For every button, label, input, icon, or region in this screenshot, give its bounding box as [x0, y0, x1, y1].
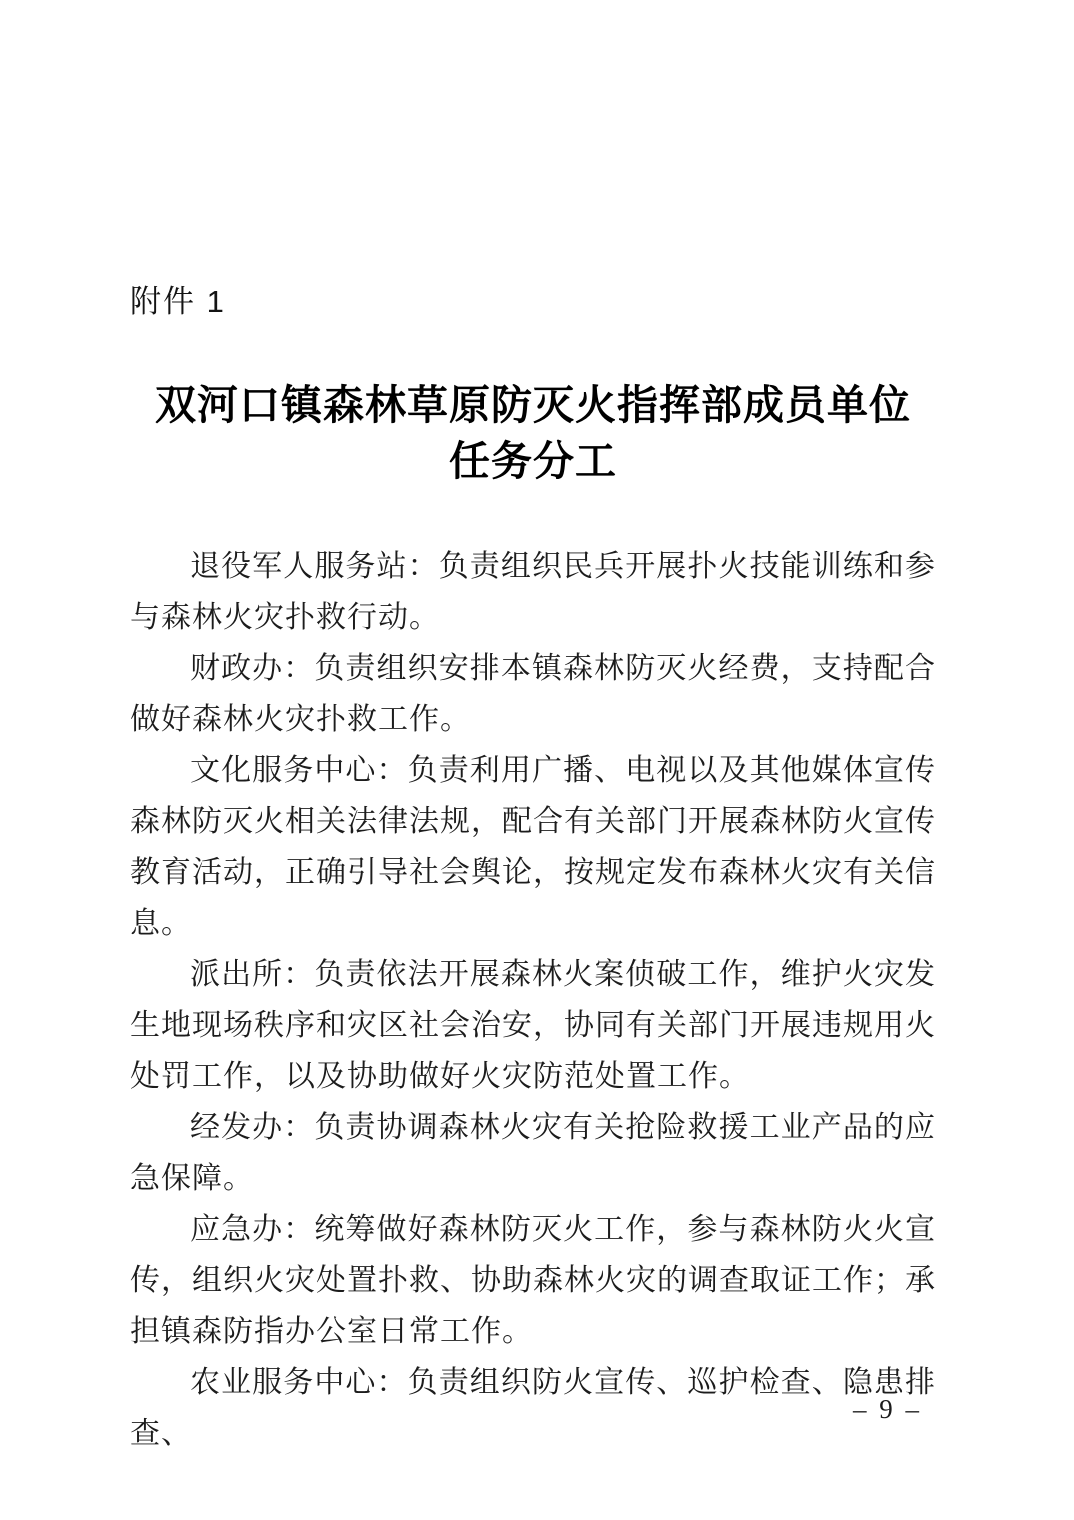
paragraph-economic-development-office: 经发办：负责协调森林火灾有关抢险救援工业产品的应急保障。 — [130, 1102, 936, 1204]
paragraph-finance-office: 财政办：负责组织安排本镇森林防灭火经费，支持配合做好森林火灾扑救工作。 — [130, 643, 936, 745]
page-number: – 9 – — [853, 1394, 922, 1425]
paragraph-culture-service-center: 文化服务中心：负责利用广播、电视以及其他媒体宣传森林防灭火相关法律法规，配合有关… — [130, 745, 936, 949]
paragraph-veterans-service-station: 退役军人服务站：负责组织民兵开展扑火技能训练和参与森林火灾扑救行动。 — [130, 541, 936, 643]
document-title-line-1: 双河口镇森林草原防灭火指挥部成员单位 — [130, 377, 936, 433]
document-page: 附件 1 双河口镇森林草原防灭火指挥部成员单位 任务分工 退役军人服务站：负责组… — [0, 0, 1074, 1520]
attachment-label: 附件 1 — [130, 283, 936, 321]
document-title: 双河口镇森林草原防灭火指挥部成员单位 任务分工 — [130, 377, 936, 489]
paragraph-emergency-office: 应急办：统筹做好森林防灭火工作，参与森林防火火宣传，组织火灾处置扑救、协助森林火… — [130, 1204, 936, 1357]
document-body: 退役军人服务站：负责组织民兵开展扑火技能训练和参与森林火灾扑救行动。 财政办：负… — [130, 541, 936, 1459]
paragraph-agriculture-service-center: 农业服务中心：负责组织防火宣传、巡护检查、隐患排查、 — [130, 1357, 936, 1459]
paragraph-police-station: 派出所：负责依法开展森林火案侦破工作，维护火灾发生地现场秩序和灾区社会治安，协同… — [130, 949, 936, 1102]
document-title-line-2: 任务分工 — [130, 433, 936, 489]
